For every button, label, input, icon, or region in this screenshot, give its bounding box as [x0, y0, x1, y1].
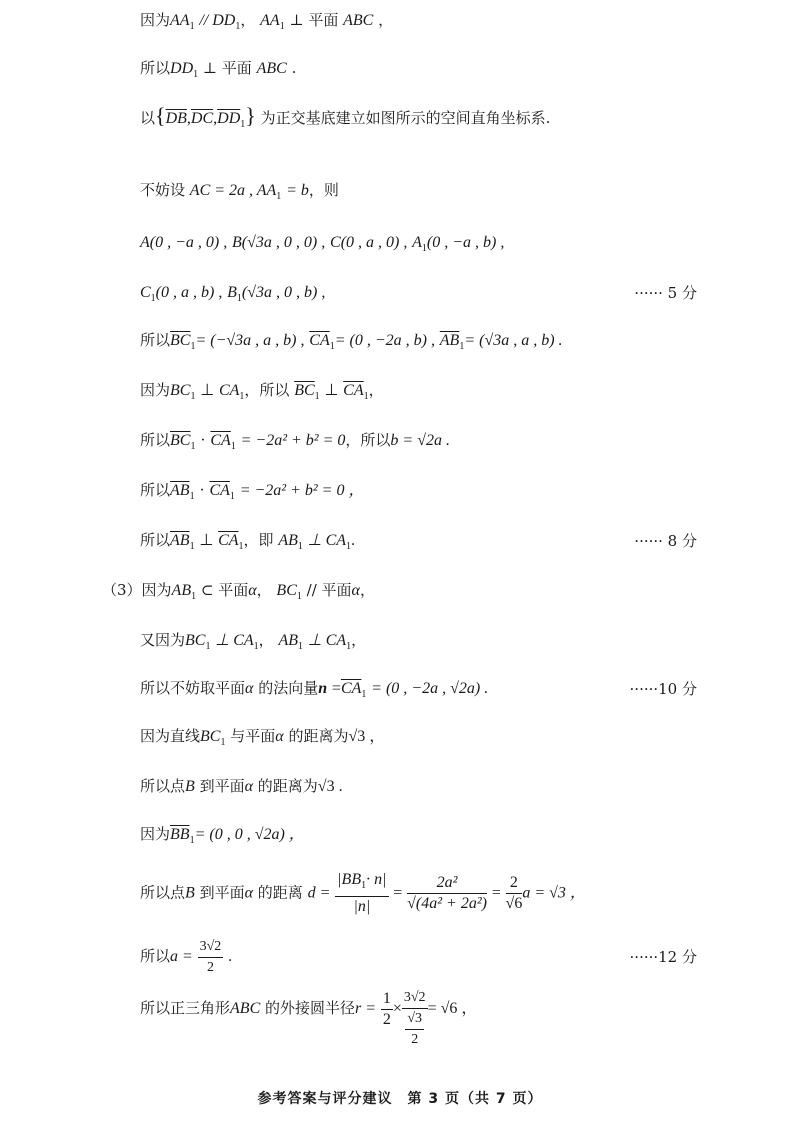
math: a = √3 ，: [522, 885, 586, 902]
vector: AB: [440, 332, 460, 349]
math: b = √2a .: [390, 432, 450, 449]
text: ，即: [244, 531, 274, 549]
math: a =: [170, 948, 193, 965]
text: .: [228, 948, 232, 965]
math: 2a²: [407, 873, 487, 894]
fraction: 2 √6: [506, 873, 523, 914]
vector: BC: [294, 382, 314, 399]
math: BC: [200, 728, 220, 745]
math: (0 , −a , b) ,: [427, 234, 504, 251]
math: n: [318, 680, 327, 697]
math: ⊥ CA: [308, 632, 346, 649]
line-17: 因为BB1= (0 , 0 , √2a) ，: [140, 824, 305, 851]
score-5: ······ 5 分: [634, 282, 697, 303]
subscript: 1: [230, 491, 235, 502]
math: = (0 , −2a , √2a) .: [371, 680, 488, 697]
line-19: 所以a = 3√2 2 .: [140, 936, 232, 978]
math: |n|: [335, 897, 388, 917]
text: ，: [369, 381, 384, 399]
text: 的距离为: [258, 777, 318, 795]
math: √6: [506, 894, 523, 914]
math: CA: [219, 382, 239, 399]
math: ⊥ CA: [308, 532, 346, 549]
math: = b: [286, 182, 309, 199]
text: .: [351, 532, 355, 549]
math: 2: [506, 873, 523, 894]
vector: AB: [170, 532, 190, 549]
text: 所以: [140, 947, 170, 965]
text: 与平面: [230, 727, 275, 745]
text: 所以不妨取平面: [140, 679, 245, 697]
math: √(4a² + 2a²): [407, 894, 487, 914]
subscript: 1: [190, 441, 195, 452]
math: // DD: [199, 12, 235, 29]
math: α: [275, 728, 283, 745]
fraction: 2a² √(4a² + 2a²): [407, 873, 487, 914]
line-3: 以{DB,DC,DD1} 为正交基底建立如图所示的空间直角坐标系.: [140, 106, 550, 135]
line-13: 又因为BC1 ⊥ CA1， AB1 ⊥ CA1，: [140, 630, 366, 657]
text: ，: [351, 631, 366, 649]
text: ，: [360, 581, 375, 599]
text: ，: [240, 11, 255, 29]
score-12: ······12 分: [630, 946, 697, 967]
text: 到平面: [200, 777, 245, 795]
math: ⊥ CA: [215, 632, 253, 649]
math: A: [140, 234, 150, 251]
math: B: [232, 234, 242, 251]
text: ，所以: [244, 381, 289, 399]
math: DD: [170, 60, 193, 77]
text: ⊥: [199, 532, 213, 549]
text: 所以正三角形: [140, 999, 230, 1017]
text: 所以: [140, 59, 170, 77]
math: BC: [276, 582, 296, 599]
score-8: ······ 8 分: [634, 530, 697, 551]
line-4: 不妨设 AC = 2a , AA1 = b，则: [140, 180, 339, 207]
line-14: 所以不妨取平面α 的法向量n =CA1 = (0 , −2a , √2a) .: [140, 678, 488, 705]
subscript: 1: [280, 21, 285, 32]
line-12-part3: （3）因为AB1 ⊂ 平面α， BC1 // 平面α，: [102, 580, 375, 607]
math: √3 ，: [348, 728, 385, 745]
math: (0 , −a , 0) ,: [150, 234, 227, 251]
brace: }: [245, 103, 256, 128]
line-6: C1(0 , a , b) , B1(√3a , 0 , b) ,: [140, 282, 325, 309]
text: ·: [200, 432, 205, 449]
text: 到平面: [200, 884, 245, 902]
math: = −2a² + b² = 0: [241, 432, 346, 449]
text: 因为: [140, 11, 170, 29]
math: (√3a , 0 , 0) ,: [242, 234, 325, 251]
subscript: 1: [191, 591, 196, 602]
text: 所以: [140, 331, 170, 349]
line-20: 所以正三角形ABC 的外接圆半径r = 1 2 × 3√2 √32 = √6 ，: [140, 988, 477, 1050]
vector: CA: [343, 382, 363, 399]
line-7: 所以BC1= (−√3a , a , b) , CA1= (0 , −2a , …: [140, 330, 563, 357]
text: 因为: [140, 825, 170, 843]
subscript: 1: [190, 491, 195, 502]
line-5: A(0 , −a , 0) , B(√3a , 0 , 0) , C(0 , a…: [140, 232, 504, 259]
math: = (0 , −2a , b) ,: [335, 332, 435, 349]
text: ×: [393, 1000, 402, 1017]
line-15: 因为直线BC1 与平面α 的距离为√3 ，: [140, 726, 385, 753]
subscript: 1: [298, 641, 303, 652]
subscript: 1: [361, 689, 366, 700]
vector: CA: [309, 332, 329, 349]
math: (0 , a , b) ,: [156, 284, 223, 301]
text: ⊂ 平面: [201, 581, 248, 599]
fraction: 1 2: [381, 989, 393, 1030]
math: r =: [355, 1000, 376, 1017]
text: 又因为: [140, 631, 185, 649]
text: ·: [199, 482, 204, 499]
line-16: 所以点B 到平面α 的距离为√3 .: [140, 776, 343, 797]
vector: CA: [218, 532, 238, 549]
text: 因为: [140, 381, 170, 399]
text: =: [393, 885, 402, 902]
math: α: [245, 680, 253, 697]
vector: CA: [341, 680, 361, 697]
math: α: [248, 582, 256, 599]
math: C: [140, 284, 151, 301]
math: d =: [308, 885, 331, 902]
math: ABC: [230, 1000, 260, 1017]
math: (√3a , 0 , b) ,: [242, 284, 325, 301]
subscript: 1: [297, 591, 302, 602]
math: √3: [405, 1009, 424, 1030]
text: 所以: [140, 481, 170, 499]
math: B: [185, 885, 195, 902]
text: 不妨设: [140, 181, 185, 199]
text: =: [492, 885, 501, 902]
math: B: [185, 778, 195, 795]
text: 所以点: [140, 777, 185, 795]
text: 因为直线: [140, 727, 200, 745]
math: ABC: [257, 60, 287, 77]
page-footer: 参考答案与评分建议 第 3 页（共 7 页）: [0, 1088, 800, 1108]
math: AC = 2a , AA: [190, 182, 277, 199]
math: AB: [278, 532, 298, 549]
vector: AB: [170, 482, 190, 499]
math: ABC: [343, 12, 373, 29]
text: ⊥ 平面: [203, 59, 252, 77]
math: = (0 , 0 , √2a) ，: [195, 826, 305, 843]
fraction: 3√2 √32: [402, 988, 428, 1050]
text: （3）因为: [102, 581, 172, 599]
line-10: 所以AB1 · CA1 = −2a² + b² = 0 ，: [140, 480, 364, 507]
math: = −2a² + b² = 0 ，: [240, 482, 365, 499]
math: · n|: [366, 871, 386, 888]
text: = √6 ，: [428, 1000, 478, 1017]
math: 2: [381, 1010, 393, 1030]
text: 为正交基底建立如图所示的空间直角坐标系.: [261, 109, 551, 127]
math: 2: [405, 1030, 424, 1050]
math: BC: [170, 382, 190, 399]
text: ，: [378, 11, 393, 29]
text: .: [292, 59, 297, 77]
score-10: ······10 分: [630, 678, 697, 699]
text: ，: [259, 631, 274, 649]
text: 的法向量: [258, 679, 318, 697]
text: 所以点: [140, 884, 185, 902]
text: ，则: [309, 181, 339, 199]
math: 1: [381, 989, 393, 1010]
fraction: 3√2 2: [198, 937, 224, 978]
text: ⊥ 平面: [289, 11, 338, 29]
math: 2: [198, 958, 224, 978]
math: AA: [170, 12, 190, 29]
text: 所以: [140, 431, 170, 449]
subscript: 1: [190, 541, 195, 552]
text: 所以: [140, 531, 170, 549]
math: AB: [172, 582, 192, 599]
math: BC: [185, 632, 205, 649]
text: 的距离为: [288, 727, 348, 745]
text: 的外接圆半径: [265, 999, 355, 1017]
nested-fraction: √32: [405, 1009, 424, 1050]
math: α: [245, 885, 253, 902]
vector: DD: [217, 110, 240, 127]
subscript: 1: [298, 541, 303, 552]
line-8: 因为BC1 ⊥ CA1，所以 BC1 ⊥ CA1，: [140, 380, 384, 407]
vector: DC: [191, 110, 213, 127]
math: 3√2: [198, 937, 224, 958]
math: A: [412, 234, 422, 251]
subscript: 1: [193, 69, 198, 80]
subscript: 1: [190, 391, 195, 402]
subscript: 1: [276, 191, 281, 202]
math: √3 .: [318, 778, 343, 795]
vector: DB: [166, 110, 187, 127]
math: 3√2: [402, 988, 428, 1009]
math: α: [352, 582, 360, 599]
math: = (√3a , a , b) .: [464, 332, 562, 349]
text: 的距离: [258, 884, 303, 902]
math: B: [227, 284, 237, 301]
fraction: |BB1· n| |n|: [335, 870, 388, 917]
math: AA: [260, 12, 280, 29]
text: =: [332, 680, 341, 697]
math: |BB: [337, 871, 361, 888]
line-9: 所以BC1 · CA1 = −2a² + b² = 0，所以b = √2a .: [140, 430, 450, 457]
vector: BC: [170, 332, 190, 349]
text: ⊥: [200, 382, 214, 399]
vector: CA: [210, 432, 230, 449]
text: ，: [257, 581, 272, 599]
math: AB: [278, 632, 298, 649]
text: ⊥: [324, 382, 338, 399]
subscript: 1: [190, 21, 195, 32]
subscript: 1: [315, 391, 320, 402]
vector: CA: [209, 482, 229, 499]
math: C: [330, 234, 341, 251]
math: α: [245, 778, 253, 795]
subscript: 1: [231, 441, 236, 452]
text: ，所以: [345, 431, 390, 449]
subscript: 1: [205, 641, 210, 652]
subscript: 1: [220, 737, 225, 748]
line-11: 所以AB1 ⊥ CA1，即 AB1 ⊥ CA1.: [140, 530, 355, 557]
text: 以: [140, 109, 155, 127]
brace: {: [155, 103, 166, 128]
vector: BB: [170, 826, 190, 843]
line-1: 因为AA1 // DD1， AA1 ⊥ 平面 ABC ，: [140, 10, 393, 37]
vector: BC: [170, 432, 190, 449]
line-18: 所以点B 到平面α 的距离 d = |BB1· n| |n| = 2a² √(4…: [140, 870, 586, 917]
line-2: 所以DD1 ⊥ 平面 ABC .: [140, 58, 296, 85]
text: // 平面: [307, 581, 352, 599]
math: = (−√3a , a , b) ,: [195, 332, 304, 349]
math: (0 , a , 0) ,: [341, 234, 408, 251]
